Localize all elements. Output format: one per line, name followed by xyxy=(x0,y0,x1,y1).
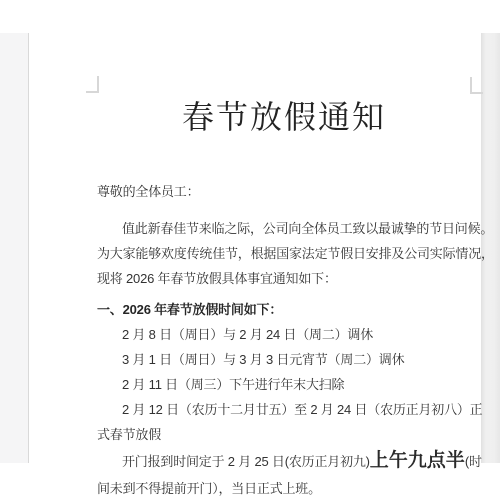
schedule-line-1: 2 月 8 日（周日）与 2 月 24 日（周二）调休 xyxy=(97,322,481,347)
document-page[interactable]: 春节放假通知 尊敬的全体员工： 值此新春佳节来临之际，公司向全体员工致以最诚挚的… xyxy=(29,33,481,463)
schedule-line-3: 2 月 11 日（周三）下午进行年末大扫除 xyxy=(97,372,481,397)
document-title: 春节放假通知 xyxy=(58,96,500,138)
document-body: 尊敬的全体员工： 值此新春佳节来临之际，公司向全体员工致以最诚挚的节日问候。 为… xyxy=(97,179,481,500)
section-heading: 一、2026 年春节放假时间如下： xyxy=(97,297,481,322)
margin-crop-mark-top-left xyxy=(86,76,99,93)
margin-crop-mark-top-right xyxy=(470,77,483,94)
schedule-line-2: 3 月 1 日（周日）与 3 月 3 日元宵节（周二）调休 xyxy=(97,347,481,372)
intro-line-2: 为大家能够欢度传统佳节，根据国家法定节假日安排及公司实际情况， xyxy=(97,241,481,266)
greeting-line: 尊敬的全体员工： xyxy=(97,179,481,204)
schedule-line-4: 2 月 12 日（农历十二月廿五）至 2 月 24 日（农历正月初八）正 xyxy=(97,397,481,422)
reopen-line-2: 间未到不得提前开门），当日正式上班。 xyxy=(97,476,481,500)
reopen-line-1: 开门报到时间定于 2 月 25 日(农历正月初九)上午九点半(时 xyxy=(97,447,481,476)
schedule-line-4-wrap: 式春节放假 xyxy=(97,422,481,447)
reopen-prefix: 开门报到时间定于 2 月 25 日(农历正月初九) xyxy=(122,454,370,469)
reopen-suffix: (时 xyxy=(465,454,482,469)
reopen-time-highlight: 上午九点半 xyxy=(370,450,465,471)
editor-left-gutter xyxy=(0,33,29,463)
intro-line-3: 现将 2026 年春节放假具体事宜通知如下： xyxy=(97,266,481,291)
intro-line-1: 值此新春佳节来临之际，公司向全体员工致以最诚挚的节日问候。 xyxy=(97,216,481,241)
